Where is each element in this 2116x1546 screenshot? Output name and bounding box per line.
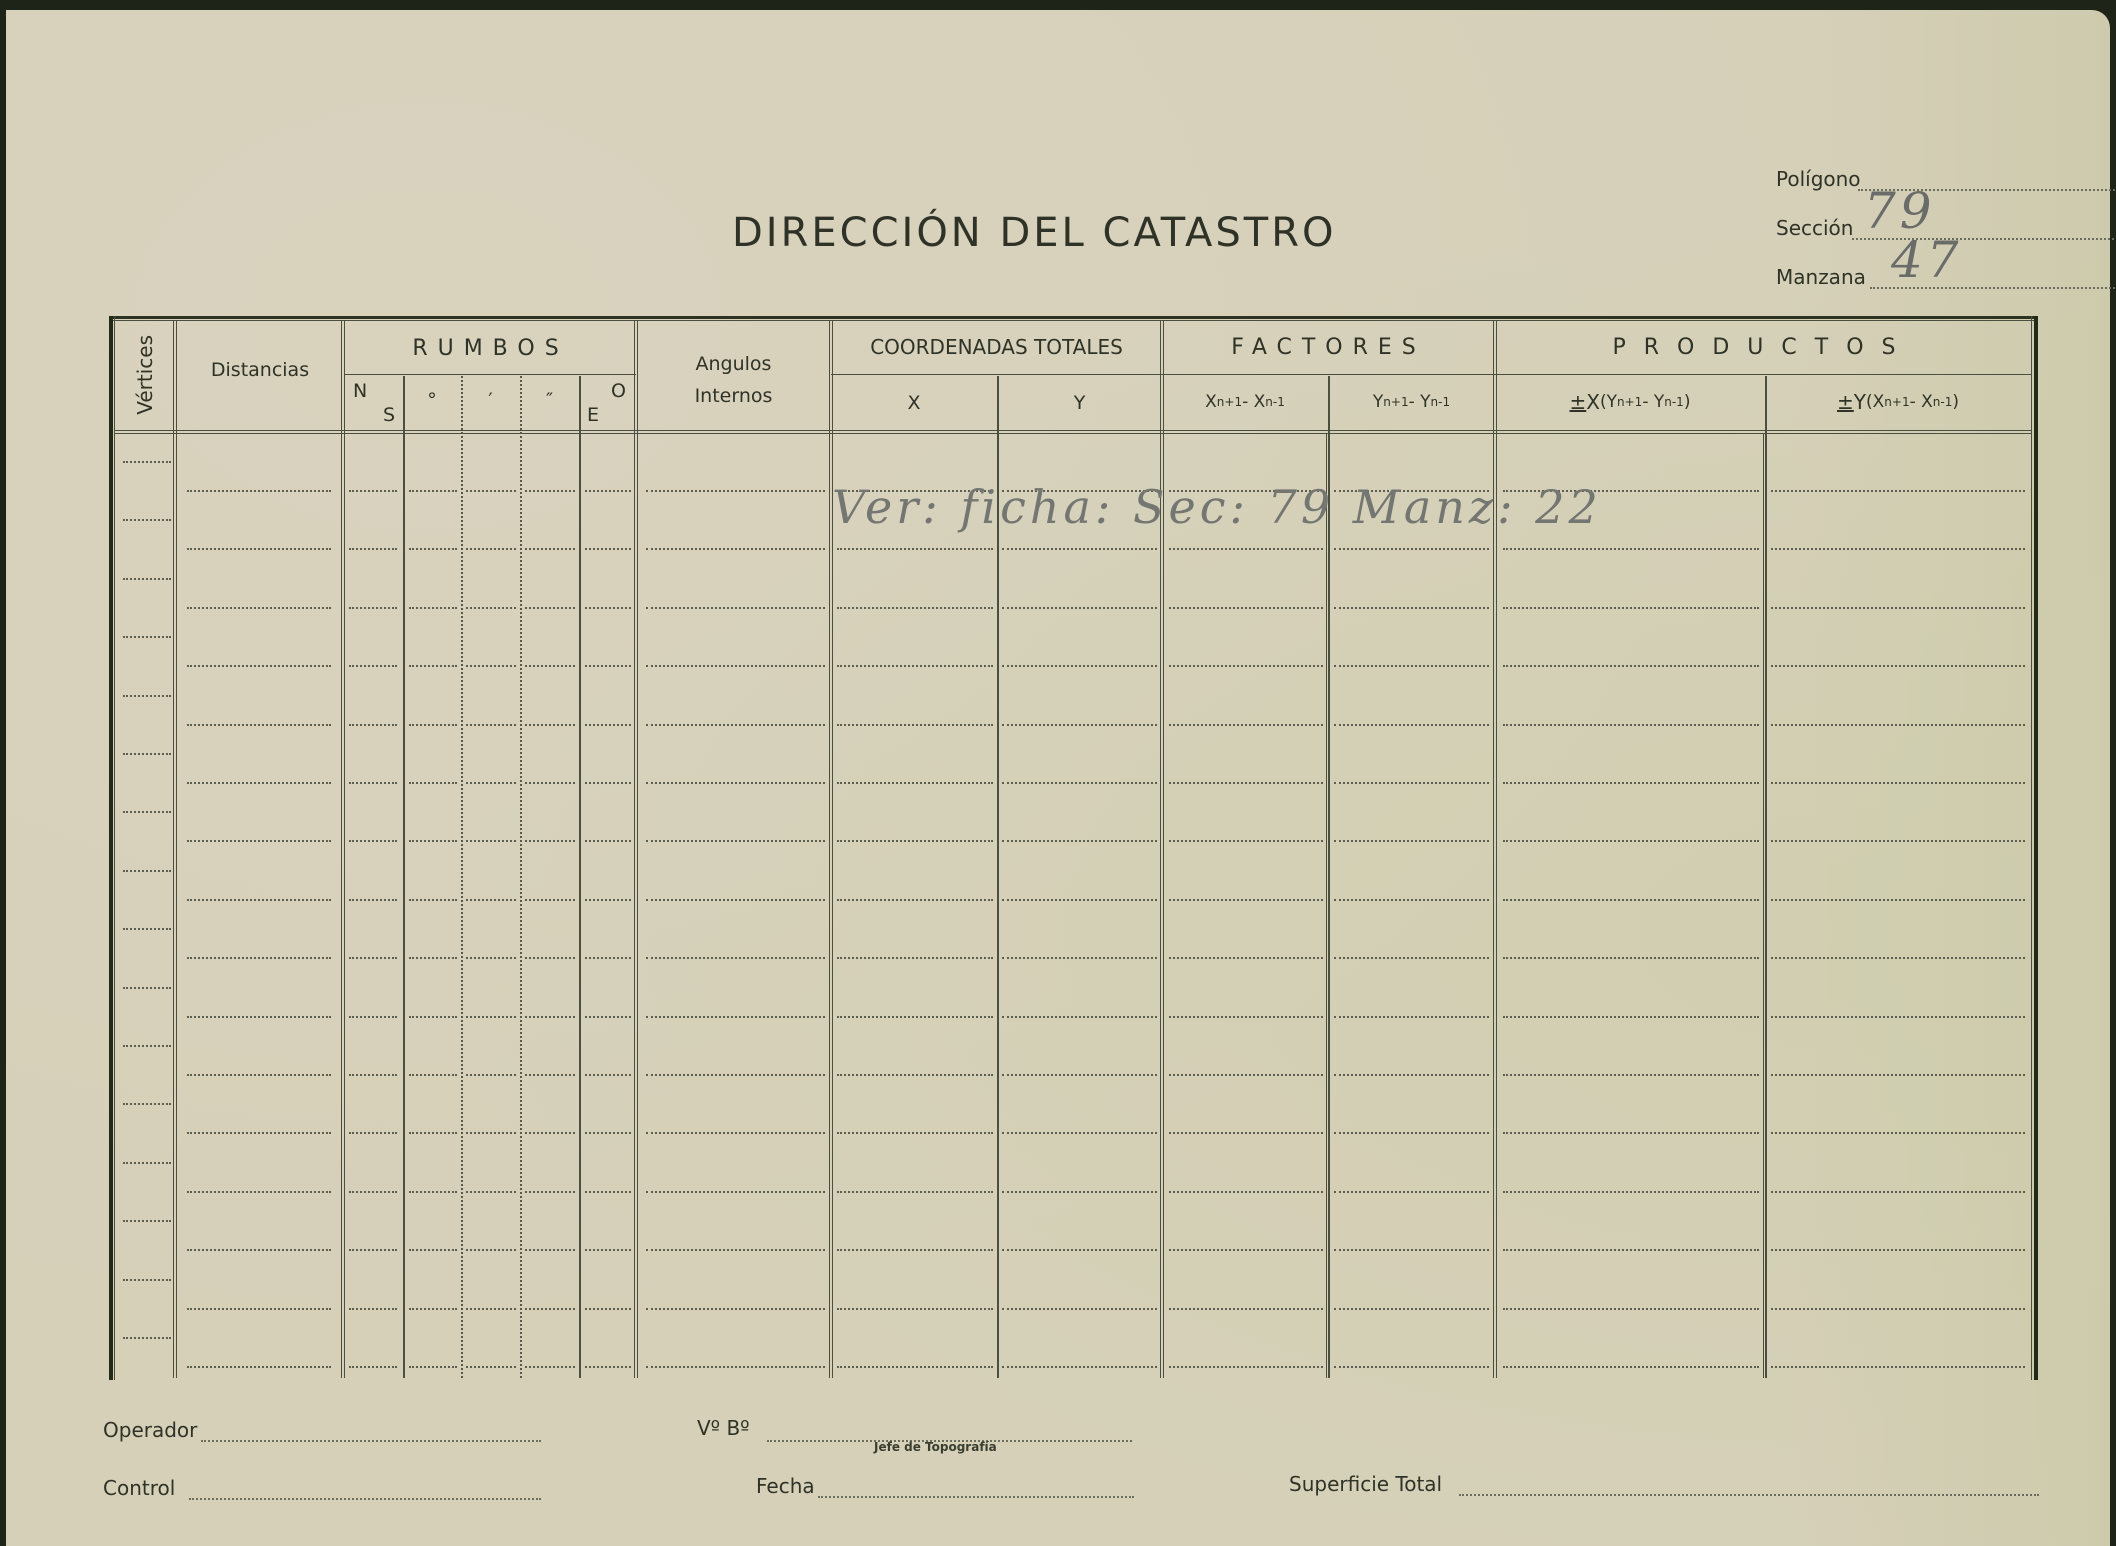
row-guide-line [1771,548,2025,550]
row-guide-line [1002,548,1157,550]
row-guide-line [525,1191,575,1193]
row-guide-line [646,607,825,609]
row-guide-line [525,607,575,609]
row-guide-line [1002,1132,1157,1134]
header-distancias: Distancias [177,320,343,420]
row-guide-line [409,1308,457,1310]
row-guide-line [409,957,457,959]
row-guide-line [409,1132,457,1134]
row-guide-line [585,1132,631,1134]
row-guide-line [585,724,631,726]
row-guide-line [1169,957,1323,959]
row-guide-line [585,1366,631,1368]
row-guide-line [646,490,825,492]
row-guide-line [1771,899,2025,901]
table-top-border [109,316,2038,321]
row-guide-line [646,957,825,959]
row-guide-line [187,957,331,959]
fecha-field[interactable]: Fecha [756,1474,815,1498]
row-guide-line [525,782,575,784]
row-guide-line [1334,665,1489,667]
poligono-label: Polígono [1776,167,1861,191]
column-divider [579,376,581,1378]
row-guide-line [187,782,331,784]
row-guide-line [1169,1249,1323,1251]
row-guide-line [466,957,516,959]
row-guide-line [1771,1016,2025,1018]
header-rumbos: RUMBOS [345,322,636,374]
row-guide-line [1771,1308,2025,1310]
row-guide-line [1503,1016,1759,1018]
row-guide-line [187,665,331,667]
control-line [189,1498,541,1500]
row-guide-line [646,1191,825,1193]
row-guide-line [1503,899,1759,901]
row-guide-line [837,1308,993,1310]
row-guide-line [349,1191,397,1193]
row-guide-line [1002,665,1157,667]
row-guide-line [349,1366,397,1368]
row-guide-line [525,1016,575,1018]
row-guide-line [837,1366,993,1368]
row-guide-line [646,1249,825,1251]
row-guide-line [1771,1074,2025,1076]
row-guide-line [1771,1191,2025,1193]
row-guide-line [1334,1249,1489,1251]
row-guide-line [646,1308,825,1310]
header-seconds: ″ [520,376,579,424]
row-guide-line [585,607,631,609]
row-guide-line [585,1308,631,1310]
row-guide-line [837,1132,993,1134]
row-guide-line [1002,1308,1157,1310]
row-guide-line [1503,1074,1759,1076]
row-guide-line [837,665,993,667]
row-guide-line [1002,1191,1157,1193]
column-divider [341,320,345,1378]
row-guide-line [349,957,397,959]
header-oe: O E [579,376,636,430]
row-guide-line [1169,1074,1323,1076]
row-guide-line [646,548,825,550]
row-guide-line [1334,1308,1489,1310]
row-guide-line [646,1366,825,1368]
header-degrees: ° [403,376,461,424]
row-guide-line [466,1308,516,1310]
vertex-guide-line [123,1220,171,1222]
row-guide-line [1002,724,1157,726]
row-guide-line [525,840,575,842]
row-guide-line [1771,490,2025,492]
row-guide-line [349,724,397,726]
row-guide-line [409,1366,457,1368]
row-guide-line [1169,724,1323,726]
row-guide-line [187,1249,331,1251]
row-guide-line [1503,724,1759,726]
row-guide-line [1771,1132,2025,1134]
groups-header-divider [831,374,2031,375]
row-guide-line [1169,1366,1323,1368]
row-guide-line [646,782,825,784]
row-guide-line [1002,607,1157,609]
vertex-guide-line [123,578,171,580]
vertex-guide-line [123,870,171,872]
row-guide-line [466,782,516,784]
header-productos: PRODUCTOS [1495,322,2031,372]
row-guide-line [837,548,993,550]
vertex-guide-line [123,987,171,989]
header-producto-y: ±Y (Xn+1 - Xn-1) [1765,376,2031,428]
operador-label: Operador [103,1418,197,1442]
row-guide-line [1503,957,1759,959]
row-guide-line [1002,899,1157,901]
row-guide-line [466,1249,516,1251]
operador-field[interactable]: Operador [103,1418,197,1442]
vertex-guide-line [123,1045,171,1047]
row-guide-line [409,1016,457,1018]
row-guide-line [1503,1191,1759,1193]
table-right-border [2031,316,2038,1380]
row-guide-line [409,1074,457,1076]
vertex-guide-line [123,1337,171,1339]
row-guide-line [525,724,575,726]
row-guide-line [466,1016,516,1018]
row-guide-line [1771,607,2025,609]
row-guide-line [646,1016,825,1018]
row-guide-line [1503,1132,1759,1134]
row-guide-line [349,490,397,492]
row-guide-line [409,1191,457,1193]
row-guide-line [1334,1074,1489,1076]
control-field[interactable]: Control [103,1476,175,1500]
row-guide-line [187,1366,331,1368]
seccion-label: Sección [1776,216,1853,240]
row-guide-line [1334,724,1489,726]
row-guide-line [1169,1308,1323,1310]
row-guide-line [1334,840,1489,842]
handwritten-note: Ver: ficha: Sec: 79 Manz: 22 [832,480,1602,534]
row-guide-line [349,548,397,550]
row-guide-line [1169,1191,1323,1193]
row-guide-line [837,1249,993,1251]
row-guide-line [1771,1366,2025,1368]
row-guide-line [1503,782,1759,784]
row-guide-line [525,1132,575,1134]
row-guide-line [187,840,331,842]
row-guide-line [837,840,993,842]
superficie-total-label: Superficie Total [1289,1472,1442,1496]
row-guide-line [187,1308,331,1310]
vertex-guide-line [123,695,171,697]
row-guide-line [349,665,397,667]
row-guide-line [1334,957,1489,959]
row-guide-line [525,1308,575,1310]
document-page: DIRECCIÓN DEL CATASTRO Polígono Sección … [6,10,2110,1546]
row-guide-line [187,1074,331,1076]
column-divider [634,320,638,1378]
row-guide-line [187,548,331,550]
row-guide-line [525,490,575,492]
row-guide-line [1503,1249,1759,1251]
row-guide-line [409,840,457,842]
header-coordenadas-totales: COORDENADAS TOTALES [831,322,1162,372]
row-guide-line [466,607,516,609]
vertex-guide-line [123,753,171,755]
row-guide-line [409,1249,457,1251]
row-guide-line [349,1074,397,1076]
column-divider [520,376,522,1378]
header-minutes: ′ [461,376,520,424]
superficie-total-line [1459,1494,2039,1496]
row-guide-line [585,665,631,667]
column-divider [173,320,177,1378]
row-guide-line [1503,1366,1759,1368]
row-guide-line [837,1074,993,1076]
vertex-guide-line [123,1103,171,1105]
row-guide-line [585,899,631,901]
control-label: Control [103,1476,175,1500]
manzana-value: 47 [1891,231,1963,289]
row-guide-line [1169,1132,1323,1134]
vertex-guide-line [123,519,171,521]
row-guide-line [585,1249,631,1251]
row-guide-line [1771,724,2025,726]
row-guide-line [1002,840,1157,842]
row-guide-line [837,1016,993,1018]
row-guide-line [187,1016,331,1018]
row-guide-line [349,840,397,842]
row-guide-line [1771,840,2025,842]
row-guide-line [1169,548,1323,550]
header-producto-x: ±X (Yn+1 - Yn-1) [1495,376,1765,428]
row-guide-line [1334,782,1489,784]
row-guide-line [646,1074,825,1076]
row-guide-line [1503,1308,1759,1310]
rumbos-header-divider [345,374,636,375]
row-guide-line [1334,1016,1489,1018]
row-guide-line [1169,840,1323,842]
row-guide-line [466,665,516,667]
header-factor-y: Yn+1 - Yn-1 [1328,376,1495,428]
manzana-label: Manzana [1776,265,1866,289]
row-guide-line [349,1132,397,1134]
column-divider [1160,320,1164,1378]
row-guide-line [1334,1132,1489,1134]
fecha-label: Fecha [756,1474,815,1498]
column-divider [1493,320,1497,1378]
row-guide-line [837,957,993,959]
row-guide-line [837,782,993,784]
vertex-guide-line [123,1162,171,1164]
row-guide-line [585,548,631,550]
row-guide-line [1771,665,2025,667]
superficie-total-field[interactable]: Superficie Total [1289,1472,1442,1496]
row-guide-line [466,724,516,726]
vertex-guide-line [123,811,171,813]
row-guide-line [1169,607,1323,609]
operador-line [201,1440,541,1442]
column-divider [461,376,463,1378]
row-guide-line [1334,1191,1489,1193]
document-title: DIRECCIÓN DEL CATASTRO [732,210,1432,256]
row-guide-line [1503,548,1759,550]
row-guide-line [466,490,516,492]
row-guide-line [1169,899,1323,901]
row-guide-line [1771,957,2025,959]
row-guide-line [466,1132,516,1134]
row-guide-line [1002,1249,1157,1251]
header-angulos-internos: Angulos Internos [636,340,831,420]
row-guide-line [585,1074,631,1076]
row-guide-line [1002,1016,1157,1018]
row-guide-line [1334,899,1489,901]
row-guide-line [1334,548,1489,550]
row-guide-line [466,548,516,550]
row-guide-line [349,782,397,784]
header-factores: FACTORES [1162,322,1495,372]
header-coord-y: Y [997,376,1162,430]
header-vertices: Vértices [115,320,175,430]
row-guide-line [187,607,331,609]
row-guide-line [837,724,993,726]
row-guide-line [349,1016,397,1018]
row-guide-line [1334,607,1489,609]
header-factor-x: Xn+1 - Xn-1 [1162,376,1328,428]
row-guide-line [466,840,516,842]
row-guide-line [1169,665,1323,667]
row-guide-line [187,490,331,492]
vertex-guide-line [123,928,171,930]
row-guide-line [585,957,631,959]
vertex-guide-line [123,461,171,463]
row-guide-line [585,490,631,492]
row-guide-line [187,724,331,726]
column-divider [403,376,405,1378]
row-guide-line [466,1191,516,1193]
row-guide-line [1002,1074,1157,1076]
row-guide-line [466,1366,516,1368]
row-guide-line [646,1132,825,1134]
row-guide-line [409,899,457,901]
row-guide-line [837,607,993,609]
row-guide-line [525,1366,575,1368]
header-ns: N S [345,376,403,430]
row-guide-line [409,607,457,609]
vertex-guide-line [123,636,171,638]
row-guide-line [466,1074,516,1076]
column-divider [829,320,833,1378]
row-guide-line [646,724,825,726]
row-guide-line [1503,840,1759,842]
row-guide-line [646,899,825,901]
table-left-border [109,316,115,1380]
row-guide-line [646,665,825,667]
fecha-line [818,1496,1134,1498]
row-guide-line [837,899,993,901]
row-guide-line [525,1249,575,1251]
row-guide-line [466,899,516,901]
column-divider [1765,376,1767,1378]
row-guide-line [1002,957,1157,959]
vertex-guide-line [123,1279,171,1281]
row-guide-line [349,1308,397,1310]
row-guide-line [187,1191,331,1193]
row-guide-line [349,607,397,609]
row-guide-line [409,548,457,550]
row-guide-line [1334,1366,1489,1368]
row-guide-line [1002,1366,1157,1368]
row-guide-line [409,490,457,492]
row-guide-line [1771,1249,2025,1251]
row-guide-line [409,724,457,726]
row-guide-line [1169,782,1323,784]
row-guide-line [646,840,825,842]
row-guide-line [585,1191,631,1193]
row-guide-line [525,548,575,550]
row-guide-line [585,840,631,842]
row-guide-line [349,899,397,901]
row-guide-line [409,665,457,667]
vobo-field[interactable]: Vº Bº [697,1416,750,1440]
row-guide-line [409,782,457,784]
row-guide-line [525,1074,575,1076]
row-guide-line [1503,665,1759,667]
vobo-label: Vº Bº [697,1416,750,1440]
row-guide-line [585,782,631,784]
coordinates-table: Vértices Distancias RUMBOS N S ° ′ ″ O E… [109,316,2038,1378]
row-guide-line [525,899,575,901]
row-guide-line [1169,1016,1323,1018]
row-guide-line [525,957,575,959]
row-guide-line [837,1191,993,1193]
row-guide-line [187,899,331,901]
row-guide-line [525,665,575,667]
header-coord-x: X [831,376,997,430]
row-guide-line [585,1016,631,1018]
row-guide-line [1002,782,1157,784]
row-guide-line [187,1132,331,1134]
jefe-topografia-label: Jefe de Topografía [874,1440,997,1454]
row-guide-line [1771,782,2025,784]
row-guide-line [1503,607,1759,609]
row-guide-line [349,1249,397,1251]
